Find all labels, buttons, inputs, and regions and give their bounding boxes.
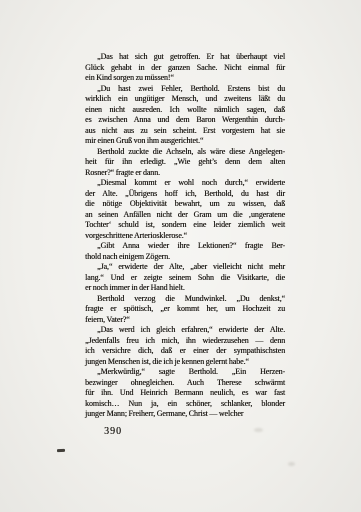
text-line: ein Kind sorgen zu müssen!“ [85, 73, 285, 84]
paragraph: „Diesmal kommt er wohl noch durch,“ erwi… [85, 178, 285, 241]
paragraph: „Das werd ich gleich erfahren,“ erwidert… [85, 325, 285, 367]
text-line: Rosner?“ fragte er dann. [85, 168, 285, 179]
text-line: mir einen Gruß von ihm ausgerichtet.“ [85, 136, 285, 147]
text-line: aus nicht aus zu sein scheint. Erst vorg… [85, 126, 285, 137]
text-line: einen nicht ausreden. Ich wollte nämlich… [85, 105, 285, 116]
text-line: wirklich ein ungütiger Mensch, und zweit… [85, 94, 285, 105]
scan-smudge [288, 462, 295, 466]
text-line: Berthold zuckte die Achseln, als wäre di… [85, 147, 285, 158]
text-line: Glück gehabt in der ganzen Sache. Nicht … [85, 63, 285, 74]
text-line: thold nach einigem Zögern. [85, 252, 285, 263]
book-page: „Das hat sich gut getroffen. Er hat über… [0, 0, 361, 512]
paragraph: „Das hat sich gut getroffen. Er hat über… [85, 52, 285, 84]
text-line: „Merkwürdig,“ sagte Berthold. „Ein Herze… [85, 367, 285, 378]
paragraph: Berthold zuckte die Achseln, als wäre di… [85, 147, 285, 179]
text-line: komisch… Nun ja, ein schöner, schlanker,… [85, 399, 285, 410]
text-line: jungen Menschen ist, die ich je kennen g… [85, 357, 285, 368]
paragraph: „Merkwürdig,“ sagte Berthold. „Ein Herze… [85, 367, 285, 420]
text-line: er noch immer in der Hand hielt. [85, 283, 285, 294]
text-line: vorgeschrittene Arteriosklerose.“ [85, 231, 285, 242]
text-line: „Gibt Anna wieder ihre Lektionen?“ fragt… [85, 241, 285, 252]
paragraph: „Ja,“ erwiderte der Alte, „aber vielleic… [85, 262, 285, 294]
ink-mark [57, 449, 65, 452]
text-line: feiern, Vater?“ [85, 315, 285, 326]
text-line: an seinen Anfällen nicht der Gram um die… [85, 210, 285, 221]
text-line: „Das werd ich gleich erfahren,“ erwidert… [85, 325, 285, 336]
text-line: „Diesmal kommt er wohl noch durch,“ erwi… [85, 178, 285, 189]
paragraph: „Du hast zwei Fehler, Berthold. Erstens … [85, 84, 285, 147]
text-line: „Das hat sich gut getroffen. Er hat über… [85, 52, 285, 63]
text-line: „Ja,“ erwiderte der Alte, „aber vielleic… [85, 262, 285, 273]
text-line: ich versichre dich, daß er einer der sym… [85, 346, 285, 357]
page-number: 390 [104, 426, 122, 437]
text-line: lang.“ Und er zeigte seinem Sohn die Vis… [85, 273, 285, 284]
text-line: bezwinger ohnegleichen. Auch Therese sch… [85, 378, 285, 389]
text-line: „Du hast zwei Fehler, Berthold. Erstens … [85, 84, 285, 95]
text-line: heit für ihn erledigt. „Wie geht’s denn … [85, 157, 285, 168]
text-line: der Alte. „Übrigens hoff ich, Berthold, … [85, 189, 285, 200]
text-line: für ihn. Und Heinrich Bermann neulich, e… [85, 388, 285, 399]
paragraph: Berthold verzog die Mundwinkel. „Du denk… [85, 294, 285, 326]
paragraph: „Gibt Anna wieder ihre Lektionen?“ fragt… [85, 241, 285, 262]
text-line: fragte er spöttisch, „er kommt her, um H… [85, 304, 285, 315]
text-line: Berthold verzog die Mundwinkel. „Du denk… [85, 294, 285, 305]
text-line: die nötige Objektivität bewahrt, um zu w… [85, 199, 285, 210]
text-line: junger Mann; Freiherr, Germane, Christ —… [85, 409, 285, 420]
page-text-block: „Das hat sich gut getroffen. Er hat über… [85, 52, 285, 420]
scan-smudge [254, 428, 263, 432]
text-line: es zwischen Anna und dem Baron Wergenthi… [85, 115, 285, 126]
text-line: Tochter‘ schuld ist, sondern eine leider… [85, 220, 285, 231]
text-line: „Jedenfalls freu ich mich, ihn wiederzus… [85, 336, 285, 347]
